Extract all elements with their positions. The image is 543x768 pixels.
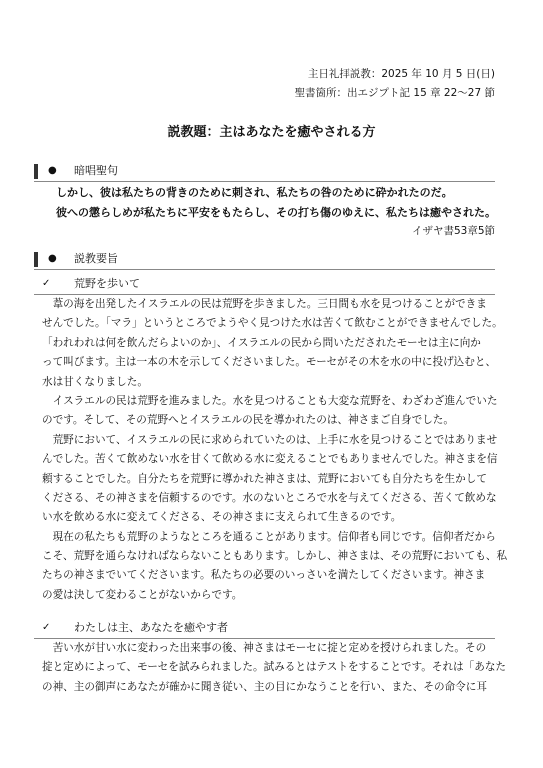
bullet-icon: ●: [48, 250, 57, 268]
text-line: 掟と定めによって、モーセを試みられました。試みるとはテストをすることです。それは…: [42, 658, 502, 677]
text-line: イスラエルの民は荒野を進みました。水を見つけることも大変な荒野を、わざわざ進んで…: [42, 392, 502, 411]
checkmark-icon: ✓: [42, 619, 50, 637]
text-line: んでした。苦くて飲めない水を甘くて飲める水に変えることでもありませんでした。神さ…: [42, 450, 502, 469]
text-line: こそ、荒野を通らなければならないこともあります。しかし、神さまは、その荒野におい…: [42, 547, 502, 566]
subsection-label: 荒野を歩いて: [74, 275, 140, 293]
paragraph-wilderness: 葦の海を出発したイスラエルの民は荒野を歩きました。三日間も水を見つけることができ…: [42, 295, 502, 605]
scripture-reference: 聖書箇所：出エジプト記 15 章 22～27 節: [295, 84, 495, 103]
section-label: 暗唱聖句: [74, 162, 118, 180]
bullet-icon: ●: [48, 162, 57, 180]
text-line: 荒野において、イスラエルの民に求められていたのは、上手に水を見つけることではあり…: [42, 431, 502, 450]
subsection-header-wilderness: ✓ 荒野を歩いて: [34, 275, 495, 295]
section-label: 説教要旨: [74, 250, 118, 268]
section-bar-icon: [34, 252, 38, 267]
text-line: 苦い水が甘い水に変わった出来事の後、神さまはモーセに掟と定めを授けられました。そ…: [42, 639, 502, 658]
section-header-recitation: ● 暗唱聖句: [34, 162, 495, 182]
text-line: たちの神さまでいてくださいます。私たちの必要のいっさいを満たしてくださいます。神…: [42, 566, 502, 585]
text-line: せんでした。「マラ」というところでようやく見つけた水は苦くて飲むことができません…: [42, 314, 502, 333]
checkmark-icon: ✓: [42, 275, 50, 293]
text-line: 水は甘くなりました。: [42, 373, 502, 392]
text-line: って叫びます。主は一本の木を示してくださいました。モーセがその木を水の中に投げ込…: [42, 353, 502, 372]
memory-verse-line: 彼への懲らしめが私たちに平安をもたらし、その打ち傷のゆえに、私たちは癒やされた。: [56, 203, 496, 222]
text-line: 葦の海を出発したイスラエルの民は荒野を歩きました。三日間も水を見つけることができ…: [42, 295, 502, 314]
sermon-page: 主日礼拝説教：2025 年 10 月 5 日(日) 聖書箇所：出エジプト記 15…: [0, 0, 543, 768]
verse-reference: イザヤ書53章5節: [412, 222, 495, 241]
text-line: 現在の私たちも荒野のようなところを通ることがあります。信仰者も同じです。信仰者だ…: [42, 528, 502, 547]
sermon-title: 説教題：主はあなたを癒やされる方: [0, 121, 543, 140]
text-line: い水を飲める水に変えてくださる、その神さまに支えられて生きるのです。: [42, 508, 502, 527]
text-line: のです。そして、その荒野へとイスラエルの民を導かれたのは、神さまご自身でした。: [42, 411, 502, 430]
text-line: の神、主の御声にあなたが確かに聞き従い、主の目にかなうことを行い、また、その命令…: [42, 678, 502, 697]
section-bar-icon: [34, 164, 38, 179]
paragraph-healer: 苦い水が甘い水に変わった出来事の後、神さまはモーセに掟と定めを授けられました。そ…: [42, 639, 502, 697]
text-line: の愛は決して変わることがないからです。: [42, 586, 502, 605]
text-line: 頼することでした。自分たちを荒野に導かれた神さまは、荒野においても自分たちを生か…: [42, 470, 502, 489]
text-line: 「われわれは何を飲んだらよいのか」、イスラエルの民から問いただされたモーセは主に…: [42, 334, 502, 353]
subsection-header-healer: ✓ わたしは主、あなたを癒やす者: [34, 619, 495, 639]
section-header-summary: ● 説教要旨: [34, 250, 495, 270]
memory-verse-line: しかし、彼は私たちの背きのために刺され、私たちの咎のために砕かれたのだ。: [56, 183, 453, 202]
subsection-label: わたしは主、あなたを癒やす者: [74, 619, 228, 637]
text-line: くださる、その神さまを信頼するのです。水のないところで水を与えてくださる、苦くて…: [42, 489, 502, 508]
service-date: 主日礼拝説教：2025 年 10 月 5 日(日): [308, 65, 495, 84]
